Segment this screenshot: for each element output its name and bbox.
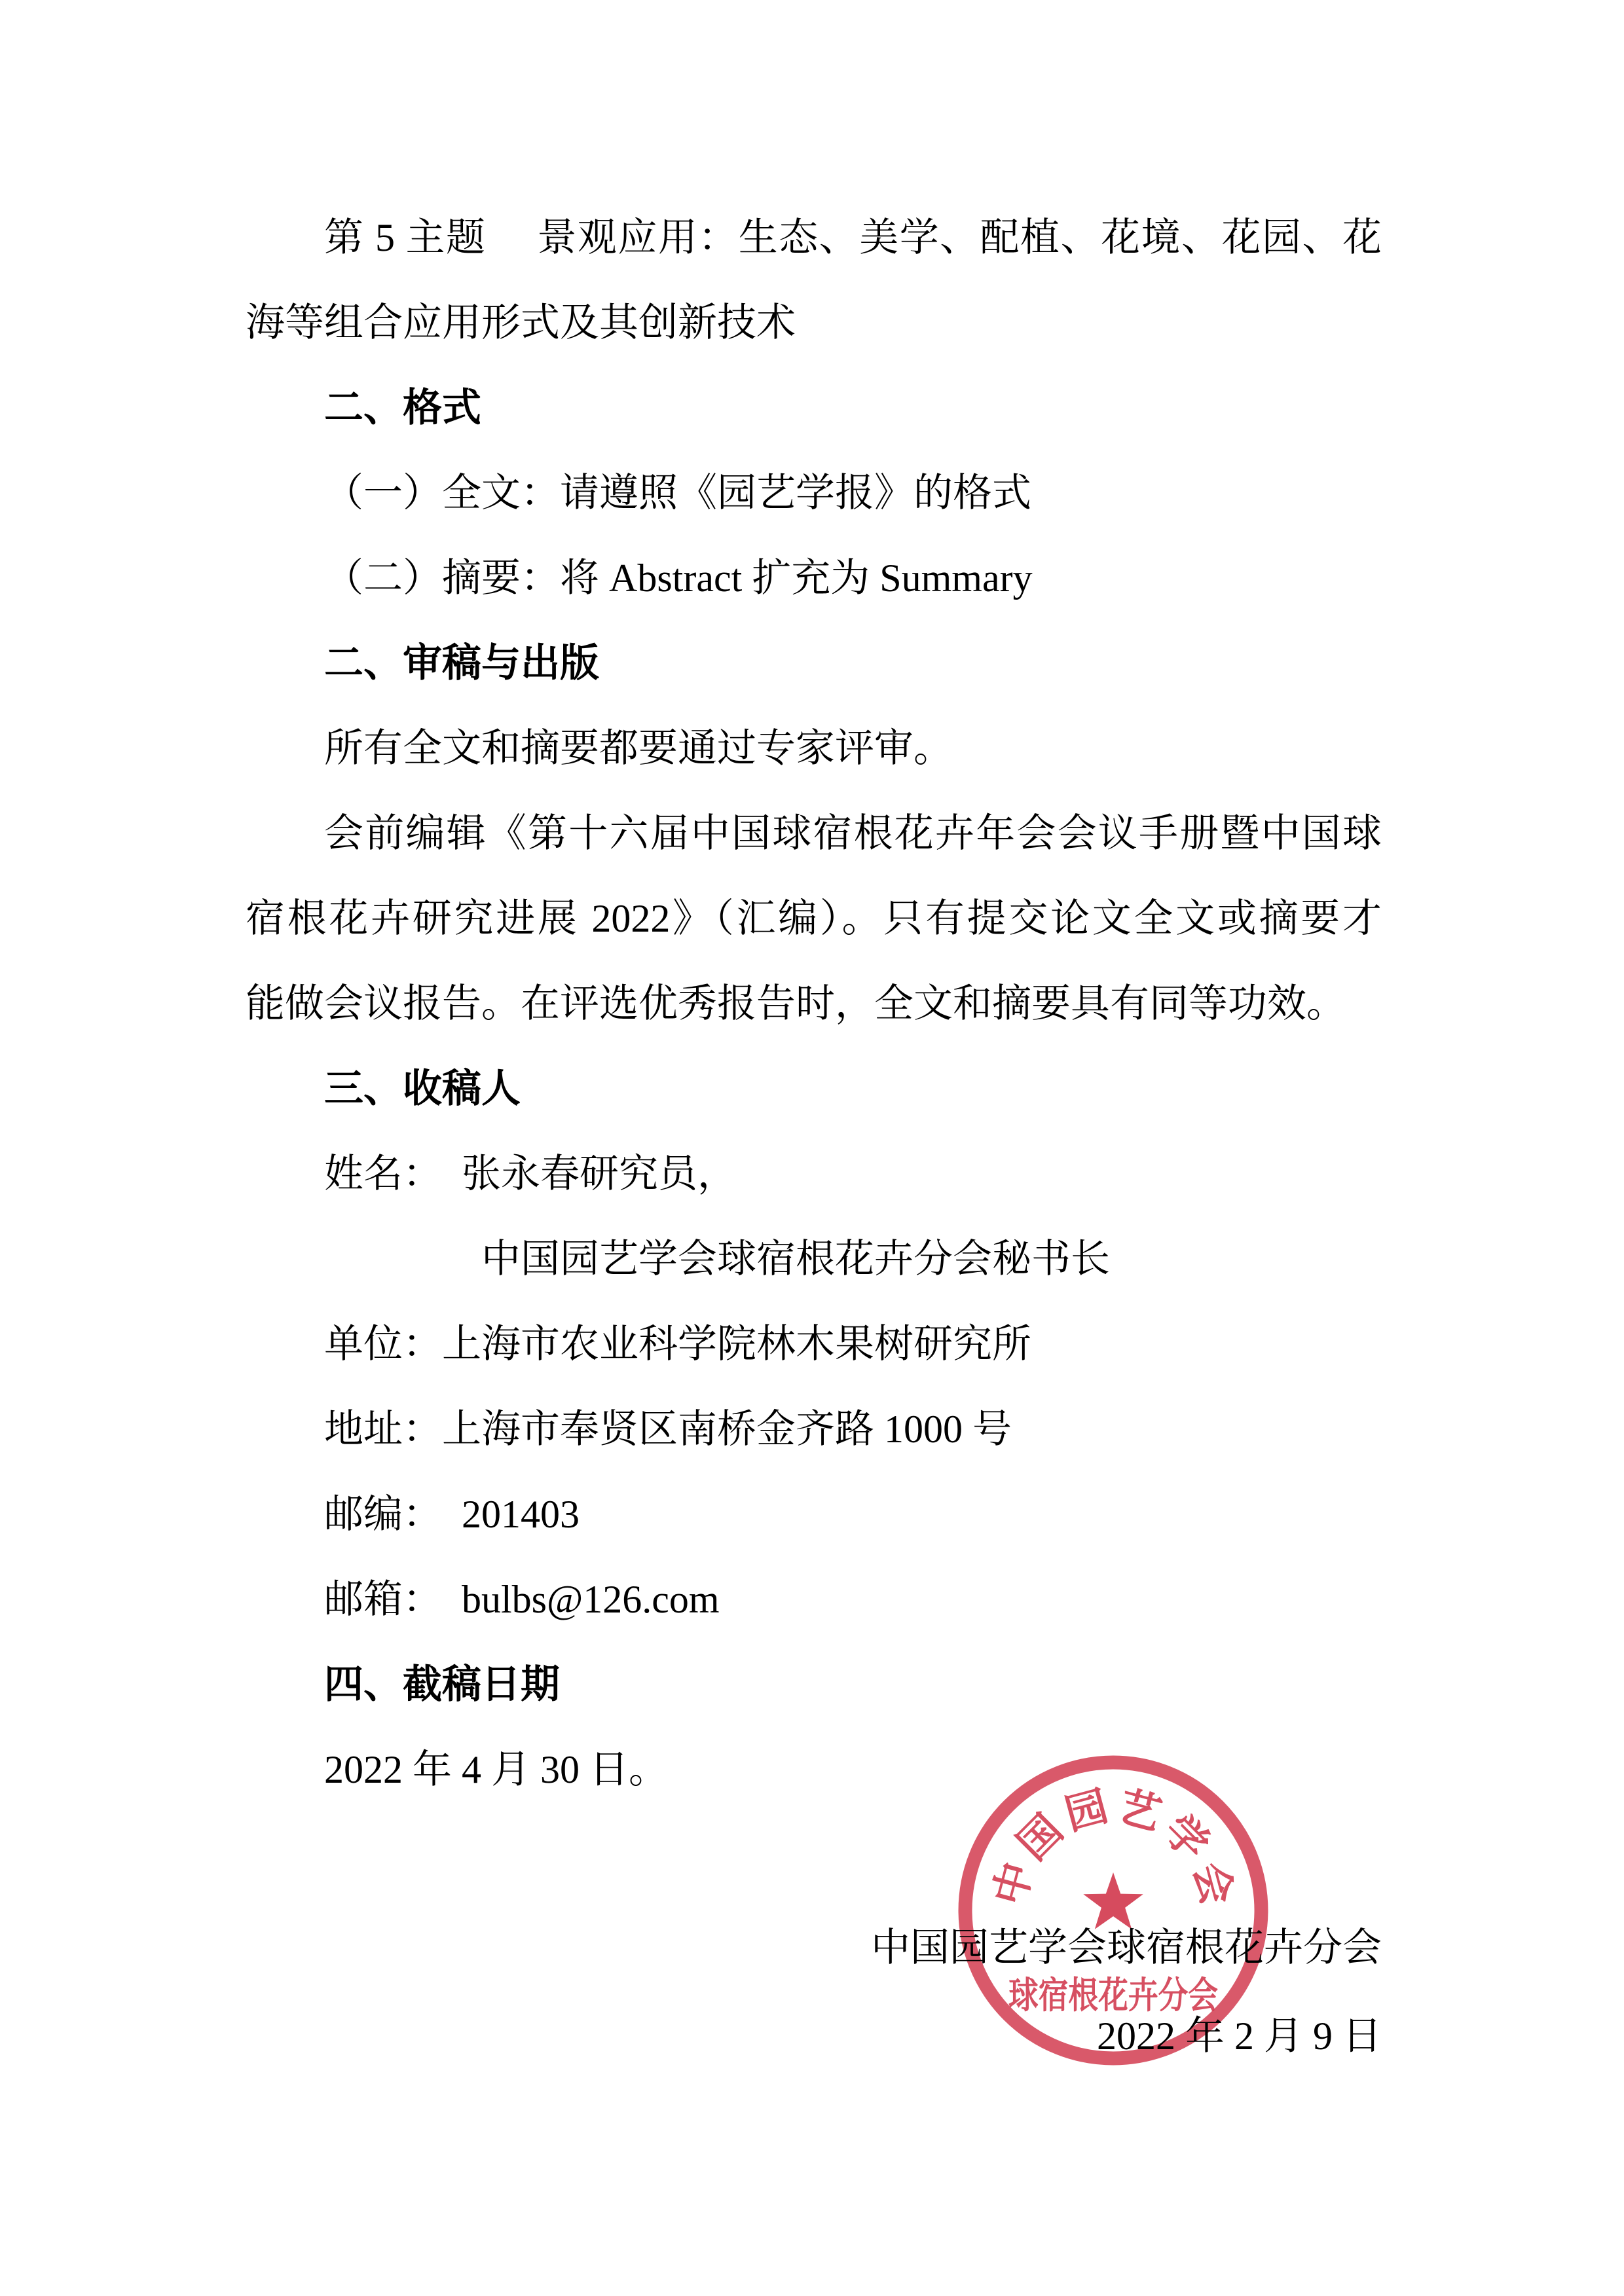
text-line: 海等组合应用形式及其创新技术 bbox=[246, 280, 1382, 365]
text-line: 邮编： 201403 bbox=[246, 1472, 1382, 1557]
text-line: 姓名： 张永春研究员， bbox=[246, 1131, 1382, 1216]
text-line: （一）全文：请遵照《园艺学报》的格式 bbox=[246, 450, 1382, 536]
text-line: 2022 年 4 月 30 日。 bbox=[246, 1727, 1382, 1812]
text-line: 宿根花卉研究进展 2022》（汇编）。只有提交论文全文或摘要才 bbox=[246, 876, 1382, 961]
text-line: （二）摘要：将 Abstract 扩充为 Summary bbox=[246, 536, 1382, 621]
text-line: 会前编辑《第十六届中国球宿根花卉年会会议手册暨中国球 bbox=[246, 791, 1382, 876]
section-heading: 二、格式 bbox=[246, 365, 1382, 450]
text-line: 地址：上海市奉贤区南桥金齐路 1000 号 bbox=[246, 1387, 1382, 1472]
stamp-arc-char: 中 bbox=[985, 1857, 1041, 1910]
text-line: 邮箱： bulbs@126.com bbox=[246, 1557, 1382, 1642]
stamp-arc-char: 国 bbox=[1008, 1806, 1071, 1868]
text-line: 中国园艺学会球宿根花卉分会秘书长 bbox=[246, 1216, 1382, 1302]
stamp-arc-char: 会 bbox=[1185, 1857, 1242, 1910]
signature-org: 中国园艺学会球宿根花卉分会 bbox=[871, 1905, 1382, 1990]
text-line: 单位：上海市农业科学院林木果树研究所 bbox=[246, 1302, 1382, 1387]
text-line: 能做会议报告。在评选优秀报告时，全文和摘要具有同等功效。 bbox=[246, 961, 1382, 1046]
section-heading: 二、审稿与出版 bbox=[246, 621, 1382, 706]
text-line: 第 5 主题 景观应用：生态、美学、配植、花境、花园、花 bbox=[246, 195, 1382, 280]
stamp-arc-char: 学 bbox=[1155, 1806, 1218, 1868]
document-body: 第 5 主题 景观应用：生态、美学、配植、花境、花园、花海等组合应用形式及其创新… bbox=[246, 195, 1382, 1812]
section-heading: 三、收稿人 bbox=[246, 1046, 1382, 1131]
signature-date: 2022 年 2 月 9 日 bbox=[1097, 1994, 1382, 2079]
text-line: 所有全文和摘要都要通过专家评审。 bbox=[246, 706, 1382, 791]
section-heading: 四、截稿日期 bbox=[246, 1642, 1382, 1727]
